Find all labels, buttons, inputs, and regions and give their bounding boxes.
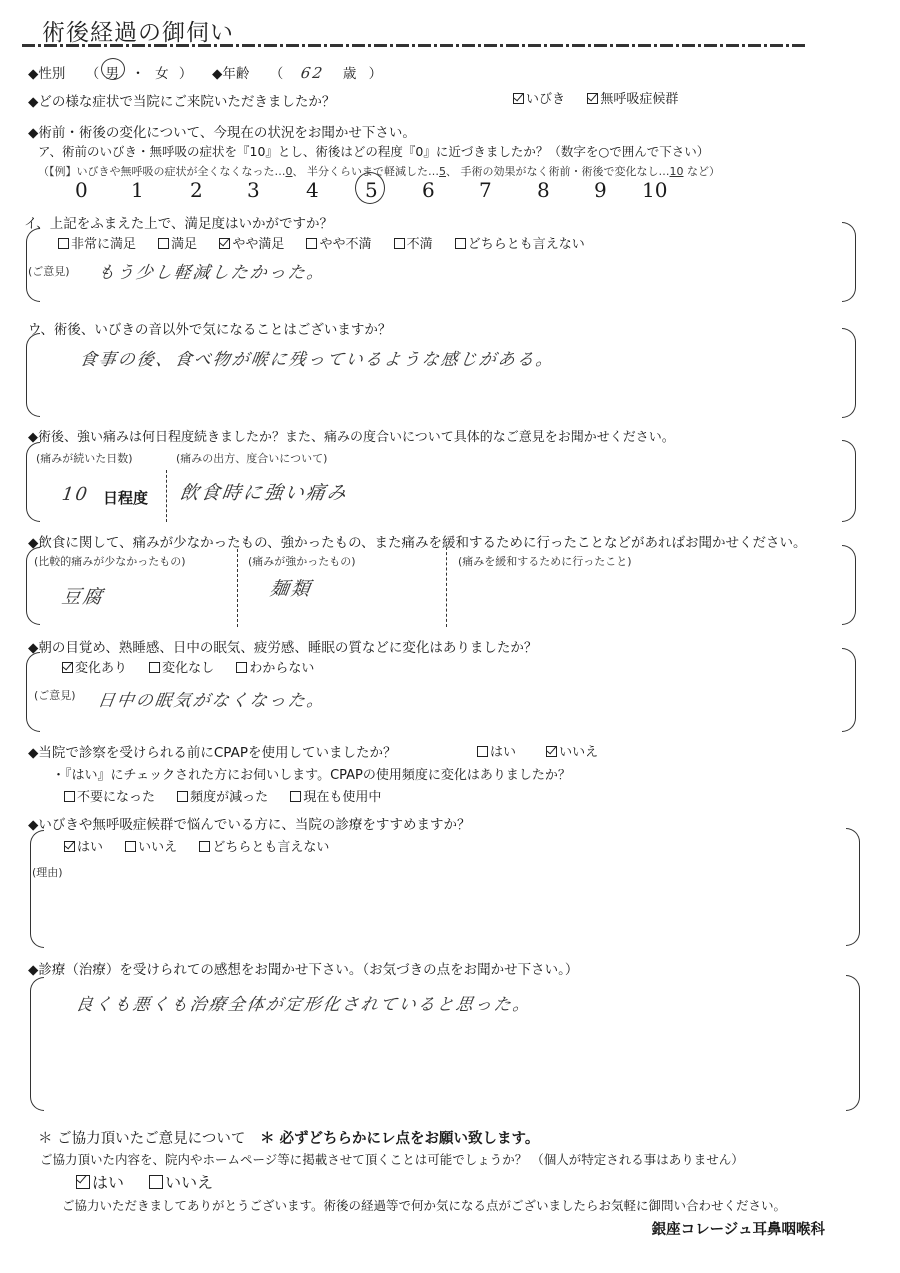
pain-box-right — [842, 440, 856, 522]
food-divider-2 — [446, 547, 447, 627]
checkbox-checked-icon[interactable] — [76, 1175, 90, 1189]
sex-label: ◆性別 — [28, 66, 65, 82]
sleep-option-unchanged[interactable]: 変化なし — [149, 657, 214, 676]
food-strong-label: (痛みが強かったもの) — [248, 553, 356, 569]
cpap-followup: ・『はい』にチェックされた方にお伺いします。CPAPの使用頻度に変化はありました… — [52, 764, 571, 783]
food-box-right — [842, 545, 856, 625]
satisfaction-opinion-label: (ご意見) — [28, 263, 70, 279]
satisfaction-option-somewhat-dissatisfied[interactable]: やや不満 — [306, 233, 371, 252]
impression-box-left — [30, 977, 44, 1111]
sleep-question: ◆朝の目覚め、熟睡感、日中の眠気、疲労感、睡眠の質などに変化はありましたか？ — [28, 636, 537, 656]
cpap-option-no[interactable]: いいえ — [546, 741, 598, 760]
other-box-right — [842, 328, 856, 418]
sleep-option-unknown[interactable]: わからない — [236, 657, 314, 676]
checkbox-icon[interactable] — [394, 238, 405, 249]
pain-days-unit: 日程度 — [103, 487, 148, 508]
sleep-box-right — [842, 648, 856, 732]
checkbox-icon[interactable] — [306, 238, 317, 249]
change-question: ◆術前・術後の変化について、今現在の状況をお聞かせ下さい。 — [28, 121, 416, 141]
symptom-option-snoring[interactable]: いびき — [513, 88, 565, 107]
other-question: ウ、術後、いびきの音以外で気になることはございますか？ — [28, 318, 391, 338]
recommend-option-neutral[interactable]: どちらとも言えない — [199, 836, 329, 855]
checkbox-checked-icon[interactable] — [219, 238, 230, 249]
recommend-option-no[interactable]: いいえ — [125, 836, 177, 855]
checkbox-checked-icon[interactable] — [546, 746, 557, 757]
consent-question: ご協力頂いた内容を、院内やホームページ等に掲載させて頂くことは可能でしょうか？ … — [40, 1150, 744, 1168]
impression-box-right — [846, 975, 860, 1111]
scale-7[interactable]: 7 — [479, 178, 492, 202]
checkbox-icon[interactable] — [455, 238, 466, 249]
recommend-options: はい いいえ どちらとも言えない — [64, 836, 347, 855]
checkbox-checked-icon[interactable] — [513, 93, 524, 104]
impression-answer[interactable]: 良くも悪くも治療全体が定形化されていると思った。 — [74, 990, 534, 1015]
satisfaction-opinion-text[interactable]: もう少し軽減したかった。 — [96, 258, 328, 283]
cpap-option-no-longer-needed[interactable]: 不要になった — [64, 786, 155, 805]
food-less-label: (比較的痛みが少なかったもの) — [34, 553, 186, 569]
checkbox-icon[interactable] — [149, 662, 160, 673]
checkbox-checked-icon[interactable] — [587, 93, 598, 104]
sleep-opinion-label: (ご意見) — [34, 687, 76, 703]
recommend-box-right — [846, 828, 860, 946]
age-value[interactable]: 62 — [300, 64, 326, 82]
symptom-question: ◆どの様な症状で当院にご来院いただきましたか？ — [28, 90, 335, 110]
cpap-options: はい いいえ — [477, 741, 616, 760]
satisfaction-question: イ、上記をふまえた上で、満足度はいかがですか？ — [24, 212, 333, 232]
sex-option-female[interactable]: 女 — [155, 66, 169, 82]
change-sub-a: ア、術前のいびき・無呼吸の症状を『10』とし、術後はどの程度『0』に近づきました… — [38, 142, 709, 160]
satisfaction-option-dissatisfied[interactable]: 不満 — [394, 233, 433, 252]
satisfaction-box-right — [842, 222, 856, 302]
scale-3[interactable]: 3 — [247, 178, 260, 202]
checkbox-icon[interactable] — [477, 746, 488, 757]
scale-6[interactable]: 6 — [422, 178, 435, 202]
scale-4[interactable]: 4 — [306, 178, 319, 202]
age-label: ◆年齢 — [212, 66, 249, 82]
other-answer[interactable]: 食事の後、食べ物が喉に残っているような感じがある。 — [78, 345, 557, 370]
impression-question: ◆診療（治療）を受けられての感想をお聞かせ下さい。（お気づきの点をお聞かせ下さい… — [28, 958, 578, 978]
checkbox-icon[interactable] — [199, 841, 210, 852]
sleep-option-changed[interactable]: 変化あり — [62, 657, 127, 676]
checkbox-icon[interactable] — [158, 238, 169, 249]
checkbox-icon[interactable] — [177, 791, 188, 802]
satisfaction-option-satisfied[interactable]: 満足 — [158, 233, 197, 252]
scale-8[interactable]: 8 — [537, 178, 550, 202]
thanks-message: ご協力いただきましてありがとうございます。術後の経過等で何か気になる点がございま… — [62, 1196, 786, 1214]
pain-days-label: (痛みが続いた日数) — [36, 450, 133, 466]
food-less-value[interactable]: 豆腐 — [60, 582, 106, 609]
satisfaction-options: 非常に満足 満足 やや満足 やや不満 不満 どちらとも言えない — [58, 233, 603, 252]
consent-option-yes[interactable]: はい — [76, 1170, 124, 1193]
cpap-question: ◆当院で診察を受けられる前にCPAPを使用していましたか？ — [28, 741, 396, 761]
sex-selected-circle — [101, 58, 125, 80]
recommend-question: ◆いびきや無呼吸症候群で悩んでいる方に、当院の診療をすすめますか？ — [28, 813, 471, 833]
pain-degree-text[interactable]: 飲食時に強い痛み — [178, 478, 350, 505]
food-divider-1 — [237, 549, 238, 627]
checkbox-icon[interactable] — [125, 841, 136, 852]
cpap-option-reduced[interactable]: 頻度が減った — [177, 786, 268, 805]
satisfaction-option-very-satisfied[interactable]: 非常に満足 — [58, 233, 136, 252]
scale-1[interactable]: 1 — [131, 178, 144, 202]
other-box-left — [26, 333, 40, 417]
checkbox-checked-icon[interactable] — [64, 841, 75, 852]
scale-0[interactable]: 0 — [75, 178, 88, 202]
age-field: ◆年齢 （ 62 歳 ） — [212, 62, 382, 82]
sleep-opinion-text[interactable]: 日中の眠気がなくなった。 — [96, 686, 328, 711]
title-divider — [22, 44, 807, 47]
cpap-option-still-using[interactable]: 現在も使用中 — [290, 786, 381, 805]
recommend-box-left — [30, 830, 44, 948]
consent-option-no[interactable]: いいえ — [149, 1170, 213, 1193]
checkbox-checked-icon[interactable] — [62, 662, 73, 673]
consent-options: はい いいえ — [76, 1170, 231, 1193]
checkbox-icon[interactable] — [236, 662, 247, 673]
satisfaction-option-somewhat-satisfied[interactable]: やや満足 — [219, 233, 284, 252]
pain-days-value[interactable]: 10 — [61, 484, 91, 505]
scale-10[interactable]: 10 — [642, 178, 667, 202]
food-question: ◆飲食に関して、痛みが少なかったもの、強かったもの、また痛みを緩和するために行っ… — [28, 531, 807, 551]
symptom-options: いびき 無呼吸症候群 — [513, 88, 696, 107]
page-title: 術後経過の御伺い — [42, 14, 234, 47]
scale-2[interactable]: 2 — [190, 178, 203, 202]
consent-heading: ＊ ご協力頂いたご意見について ＊ 必ずどちらかにレ点をお願い致します。 — [38, 1127, 539, 1148]
recommend-option-yes[interactable]: はい — [64, 836, 103, 855]
checkbox-icon[interactable] — [58, 238, 69, 249]
food-strong-value[interactable]: 麺類 — [268, 574, 314, 601]
symptom-option-apnea[interactable]: 無呼吸症候群 — [587, 88, 678, 107]
clinic-name: 銀座コレージュ耳鼻咽喉科 — [652, 1218, 825, 1239]
recommend-reason-label: (理由) — [32, 864, 63, 880]
checkbox-icon[interactable] — [149, 1175, 163, 1189]
sleep-options: 変化あり 変化なし わからない — [62, 657, 332, 676]
scale-9[interactable]: 9 — [594, 178, 607, 202]
checkbox-icon[interactable] — [290, 791, 301, 802]
satisfaction-option-neutral[interactable]: どちらとも言えない — [455, 233, 585, 252]
cpap-option-yes[interactable]: はい — [477, 741, 516, 760]
pain-question: ◆術後、強い痛みは何日程度続きましたか？また、痛みの度合いについて具体的なご意見… — [28, 426, 675, 445]
pain-degree-label: (痛みの出方、度合いについて) — [176, 450, 327, 466]
scale-selected-circle — [355, 172, 385, 204]
food-relief-label: (痛みを緩和するために行ったこと) — [458, 553, 632, 569]
pain-divider — [166, 470, 167, 522]
checkbox-icon[interactable] — [64, 791, 75, 802]
cpap-followup-options: 不要になった 頻度が減った 現在も使用中 — [64, 786, 399, 805]
